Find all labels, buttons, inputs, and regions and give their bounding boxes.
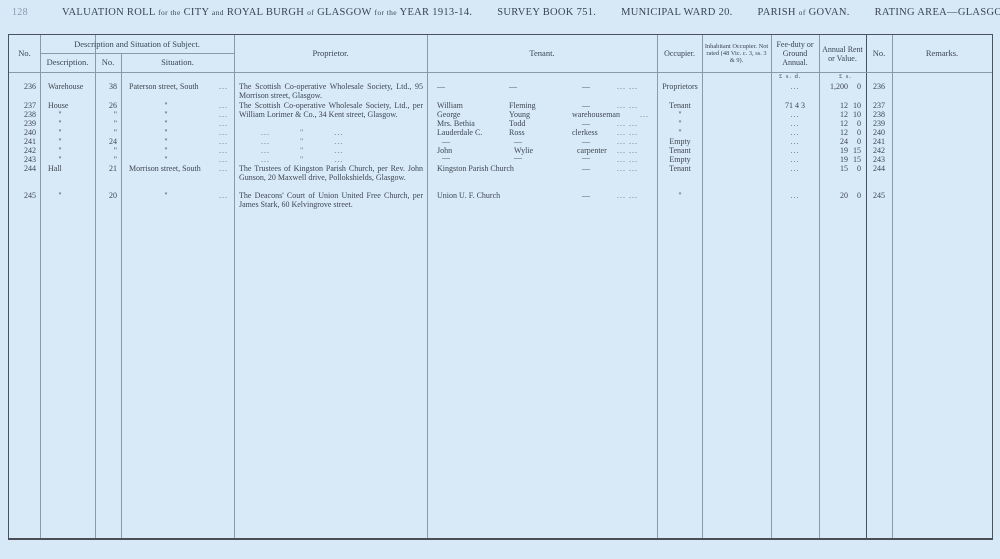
row-tenant-last: — bbox=[514, 153, 522, 162]
title-royal-burgh: ROYAL BURGH bbox=[227, 7, 304, 18]
row-occupier: Tenant bbox=[657, 164, 703, 173]
title-for-the-2: for the bbox=[374, 8, 397, 17]
row-situation: " bbox=[121, 155, 211, 164]
rule bbox=[427, 35, 428, 538]
row-tenant-last: Fleming bbox=[509, 101, 536, 110]
row-proprietor: ... " ... bbox=[261, 137, 343, 146]
row-rent-shillings: 0 bbox=[849, 119, 861, 128]
row-rent-shillings: 15 bbox=[849, 155, 861, 164]
row-situation: Morrison street, South bbox=[129, 164, 201, 173]
title-and: and bbox=[212, 8, 224, 17]
row-no-right: 242 bbox=[866, 146, 892, 155]
page-title: VALUATION ROLL for the CITY and ROYAL BU… bbox=[62, 7, 1000, 18]
row-description: " bbox=[40, 191, 80, 200]
row-rent-pounds: 15 bbox=[821, 164, 848, 173]
row-tenant-first: Union U. F. Church bbox=[437, 191, 500, 200]
row-street-no: " bbox=[97, 155, 117, 164]
row-rent-pounds: 1,200 bbox=[821, 82, 848, 91]
row-no: 241 bbox=[11, 137, 36, 146]
parish-of: of bbox=[799, 8, 806, 17]
row-description: " bbox=[40, 128, 80, 137]
row-tenant-dots: ... ... bbox=[617, 119, 638, 128]
title-city: CITY bbox=[184, 7, 209, 18]
row-occupier: Tenant bbox=[657, 146, 703, 155]
row-no: 237 bbox=[11, 101, 36, 110]
row-tenant-occupation: — bbox=[582, 82, 590, 91]
title-year: YEAR 1913-14. bbox=[400, 7, 473, 18]
annual-rent-units: £ s. bbox=[839, 73, 852, 80]
row-tenant-last: Young bbox=[509, 110, 530, 119]
title-of: of bbox=[307, 8, 314, 17]
row-no: 242 bbox=[11, 146, 36, 155]
row-street-no: " bbox=[97, 128, 117, 137]
row-street-no: 20 bbox=[97, 191, 117, 200]
row-situation-dots: ... bbox=[219, 101, 228, 110]
page-header: 128 VALUATION ROLL for the CITY and ROYA… bbox=[0, 5, 1000, 21]
row-street-no: 21 bbox=[97, 164, 117, 173]
row-description: " bbox=[40, 119, 80, 128]
row-description: House bbox=[48, 101, 68, 110]
row-tenant-dots: ... ... bbox=[617, 137, 638, 146]
row-tenant-occupation: — bbox=[582, 119, 590, 128]
col-header-description: Description. bbox=[40, 53, 95, 72]
row-street-no: 24 bbox=[97, 137, 117, 146]
row-tenant-dots: ... bbox=[640, 110, 649, 119]
survey-book: SURVEY BOOK 751. bbox=[497, 7, 596, 18]
row-no-right: 244 bbox=[866, 164, 892, 173]
municipal-ward: MUNICIPAL WARD 20. bbox=[621, 7, 732, 18]
row-no-right: 236 bbox=[866, 82, 892, 91]
row-fee-duty: ... bbox=[771, 164, 819, 173]
col-header-fee-duty: Fee-duty or Ground Annual. bbox=[773, 35, 817, 72]
row-street-no: 38 bbox=[97, 82, 117, 91]
row-description: " bbox=[40, 146, 80, 155]
row-situation-dots: ... bbox=[219, 128, 228, 137]
row-tenant-dots: ... ... bbox=[617, 82, 638, 91]
row-situation: " bbox=[121, 191, 211, 200]
row-no: 245 bbox=[11, 191, 36, 200]
row-rent-shillings: 15 bbox=[849, 146, 861, 155]
row-tenant-first: — bbox=[442, 137, 450, 146]
row-no: 236 bbox=[11, 82, 36, 91]
title-valuation-roll: VALUATION ROLL bbox=[62, 7, 155, 18]
col-header-tenant: Tenant. bbox=[427, 35, 657, 72]
parish-name: GOVAN. bbox=[809, 7, 850, 18]
row-tenant-first: George bbox=[437, 110, 460, 119]
row-description: " bbox=[40, 155, 80, 164]
row-no-right: 237 bbox=[866, 101, 892, 110]
row-tenant-first: — bbox=[437, 82, 445, 91]
row-no: 244 bbox=[11, 164, 36, 173]
row-fee-duty: ... bbox=[771, 110, 819, 119]
row-situation-dots: ... bbox=[219, 164, 228, 173]
row-proprietor: The Deacons' Court of Union United Free … bbox=[239, 191, 423, 209]
row-rent-shillings: 0 bbox=[849, 191, 861, 200]
row-description: Warehouse bbox=[48, 82, 83, 91]
row-rent-pounds: 12 bbox=[821, 101, 848, 110]
row-fee-duty: ... bbox=[771, 128, 819, 137]
row-description: Hall bbox=[48, 164, 62, 173]
row-rent-shillings: 10 bbox=[849, 101, 861, 110]
row-tenant-dots: ... ... bbox=[617, 191, 638, 200]
row-tenant-dots: ... ... bbox=[617, 128, 638, 137]
row-rent-pounds: 19 bbox=[821, 146, 848, 155]
row-occupier: Proprietors bbox=[657, 82, 703, 91]
row-description: " bbox=[40, 137, 80, 146]
row-situation-dots: ... bbox=[219, 146, 228, 155]
row-proprietor: ... " ... bbox=[261, 146, 343, 155]
row-proprietor: The Scottish Co-operative Wholesale Soci… bbox=[239, 82, 423, 100]
rule bbox=[234, 35, 235, 538]
row-situation: Paterson street, South bbox=[129, 82, 199, 91]
row-no-right: 239 bbox=[866, 119, 892, 128]
row-occupier: Empty bbox=[657, 137, 703, 146]
row-rent-pounds: 19 bbox=[821, 155, 848, 164]
valuation-table: No. Description and Situation of Subject… bbox=[8, 34, 993, 540]
row-tenant-occupation: warehouseman bbox=[572, 110, 620, 119]
row-fee-duty: ... bbox=[771, 137, 819, 146]
col-header-street-no: No. bbox=[95, 53, 121, 72]
row-rent-pounds: 12 bbox=[821, 110, 848, 119]
row-situation-dots: ... bbox=[219, 191, 228, 200]
row-tenant-last: — bbox=[514, 137, 522, 146]
row-tenant-occupation: — bbox=[582, 191, 590, 200]
row-street-no: " bbox=[97, 110, 117, 119]
row-tenant-last: Ross bbox=[509, 128, 525, 137]
row-rent-shillings: 0 bbox=[849, 137, 861, 146]
title-glasgow: GLASGOW bbox=[317, 7, 371, 18]
row-situation: " bbox=[121, 101, 211, 110]
row-situation-dots: ... bbox=[219, 137, 228, 146]
col-header-description-group: Description and Situation of Subject. bbox=[40, 35, 234, 53]
parish-label: PARISH bbox=[758, 7, 796, 18]
row-tenant-occupation: — bbox=[582, 101, 590, 110]
row-rent-pounds: 12 bbox=[821, 119, 848, 128]
row-fee-duty: ... bbox=[771, 155, 819, 164]
row-tenant-first: William bbox=[437, 101, 463, 110]
col-header-situation: Situation. bbox=[121, 53, 234, 72]
row-street-no: " bbox=[97, 119, 117, 128]
row-proprietor: The Scottish Co-operative Wholesale Soci… bbox=[239, 101, 423, 119]
row-tenant-first: Kingston Parish Church bbox=[437, 164, 514, 173]
row-occupier: Tenant bbox=[657, 101, 703, 110]
row-tenant-occupation: — bbox=[582, 164, 590, 173]
row-rent-pounds: 20 bbox=[821, 191, 848, 200]
row-no: 238 bbox=[11, 110, 36, 119]
row-occupier: " bbox=[657, 128, 703, 137]
row-no-right: 238 bbox=[866, 110, 892, 119]
row-rent-pounds: 12 bbox=[821, 128, 848, 137]
row-no-right: 241 bbox=[866, 137, 892, 146]
row-fee-duty: ... bbox=[771, 191, 819, 200]
row-occupier: " bbox=[657, 110, 703, 119]
row-situation: " bbox=[121, 137, 211, 146]
row-tenant-occupation: clerkess bbox=[572, 128, 598, 137]
col-header-no: No. bbox=[9, 35, 40, 72]
title-for-the: for the bbox=[158, 8, 181, 17]
row-tenant-last: Todd bbox=[509, 119, 525, 128]
row-situation: " bbox=[121, 110, 211, 119]
col-header-annual-rent: Annual Rent or Value. bbox=[821, 35, 864, 72]
row-no-right: 243 bbox=[866, 155, 892, 164]
row-tenant-dots: ... ... bbox=[617, 146, 638, 155]
row-situation-dots: ... bbox=[219, 110, 228, 119]
row-situation: " bbox=[121, 119, 211, 128]
row-situation-dots: ... bbox=[219, 155, 228, 164]
row-tenant-occupation: — bbox=[582, 137, 590, 146]
row-tenant-first: Lauderdale C. bbox=[437, 128, 482, 137]
row-rent-shillings: 10 bbox=[849, 110, 861, 119]
row-rent-shillings: 0 bbox=[849, 164, 861, 173]
row-situation: " bbox=[121, 146, 211, 155]
page-number: 128 bbox=[12, 7, 28, 18]
fee-duty-units: £ s. d. bbox=[779, 73, 802, 80]
row-tenant-dots: ... ... bbox=[617, 101, 638, 110]
col-header-proprietor: Proprietor. bbox=[234, 35, 427, 72]
row-description: " bbox=[40, 110, 80, 119]
row-proprietor: The Trustees of Kingston Parish Church, … bbox=[239, 164, 423, 182]
row-situation-dots: ... bbox=[219, 82, 228, 91]
row-occupier: " bbox=[657, 191, 703, 200]
row-tenant-occupation: — bbox=[582, 153, 590, 162]
col-header-no-right: No. bbox=[866, 35, 892, 72]
row-fee-duty: ... bbox=[771, 146, 819, 155]
row-no-right: 245 bbox=[866, 191, 892, 200]
row-tenant-last: — bbox=[509, 82, 517, 91]
row-rent-shillings: 0 bbox=[849, 82, 861, 91]
row-occupier: Empty bbox=[657, 155, 703, 164]
row-rent-pounds: 24 bbox=[821, 137, 848, 146]
row-street-no: 26 bbox=[97, 101, 117, 110]
rule bbox=[95, 35, 96, 538]
row-proprietor: ... " ... bbox=[261, 128, 343, 137]
col-header-inhabitant-occupier: Inhabitant Occupier. Not rated (48 Vic. … bbox=[704, 35, 769, 72]
row-rent-shillings: 0 bbox=[849, 128, 861, 137]
col-header-occupier: Occupier. bbox=[657, 35, 702, 72]
row-situation-dots: ... bbox=[219, 119, 228, 128]
row-tenant-dots: ... ... bbox=[617, 155, 638, 164]
row-fee-duty: 71 4 3 bbox=[771, 101, 819, 110]
row-no: 240 bbox=[11, 128, 36, 137]
row-no: 239 bbox=[11, 119, 36, 128]
row-tenant-first: — bbox=[442, 153, 450, 162]
row-no-right: 240 bbox=[866, 128, 892, 137]
rule bbox=[819, 35, 820, 538]
row-street-no: " bbox=[97, 146, 117, 155]
row-tenant-dots: ... ... bbox=[617, 164, 638, 173]
row-fee-duty: ... bbox=[771, 119, 819, 128]
row-proprietor: ... " ... bbox=[261, 155, 343, 164]
row-fee-duty: ... bbox=[771, 82, 819, 91]
row-no: 243 bbox=[11, 155, 36, 164]
rule bbox=[892, 35, 893, 538]
col-header-remarks: Remarks. bbox=[892, 35, 992, 72]
rating-area: RATING AREA—GLASGOW. bbox=[875, 7, 1000, 18]
row-situation: " bbox=[121, 128, 211, 137]
row-occupier: " bbox=[657, 119, 703, 128]
row-tenant-first: Mrs. Bethia bbox=[437, 119, 475, 128]
